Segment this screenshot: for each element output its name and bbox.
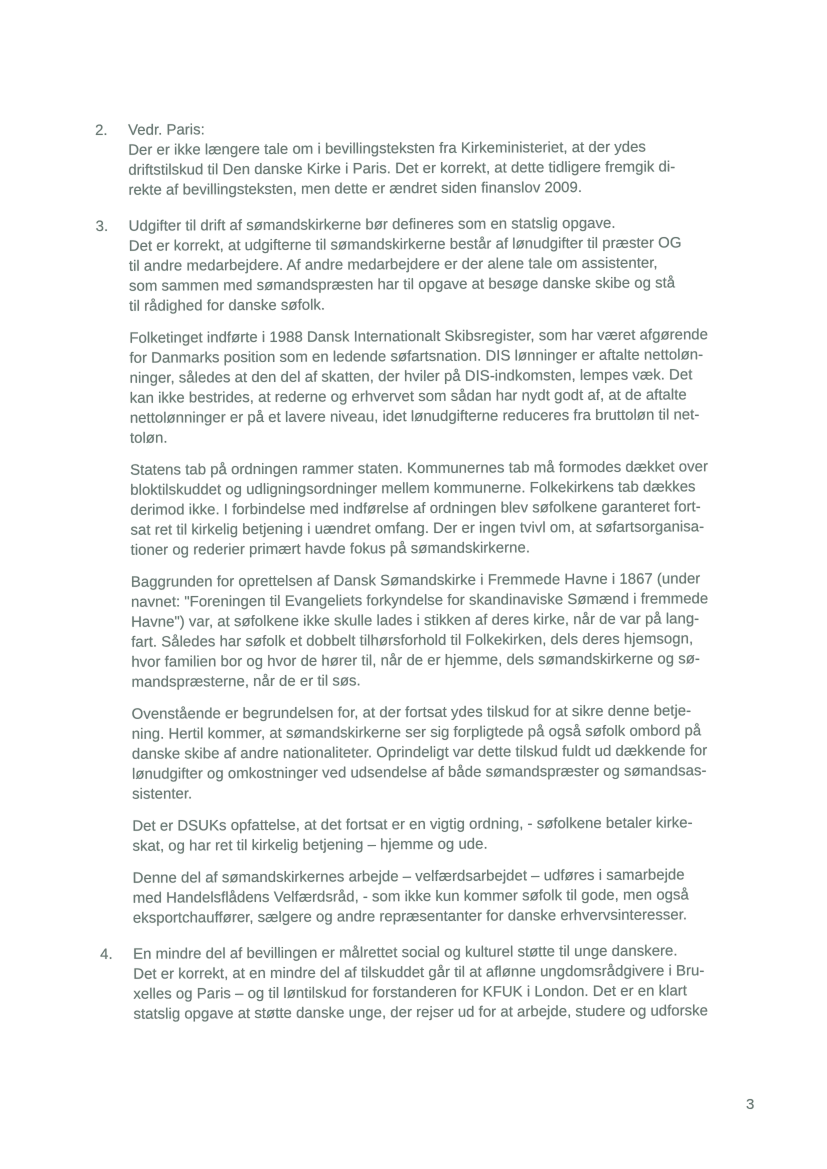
item-number: 2. (95, 121, 128, 141)
item-body: Vedr. Paris: Der er ikke længere tale om… (128, 117, 785, 201)
item-number: 4. (100, 945, 133, 965)
list-item-3: 3. Udgifter til drift af sømandskirkerne… (96, 213, 790, 929)
list-item-2: 2. Vedr. Paris: Der er ikke længere tale… (95, 117, 785, 201)
document-text-block: 2. Vedr. Paris: Der er ikke længere tale… (95, 117, 791, 1025)
paragraph: En mindre del af bevillingen er målrette… (133, 941, 790, 1025)
paragraph: Vedr. Paris: Der er ikke længere tale om… (128, 117, 785, 201)
page-number: 3 (746, 1095, 754, 1115)
paragraph: Statens tab på ordningen rammer staten. … (130, 457, 788, 561)
paragraph: Ovenstående er begrundelsen for, at der … (132, 701, 790, 805)
paragraph: Baggrunden for oprettelsen af Dansk Søma… (131, 569, 789, 693)
item-body: Udgifter til drift af sømandskirkerne bø… (129, 213, 790, 929)
paragraph: Folketinget indførte i 1988 Dansk Intern… (129, 325, 787, 449)
item-body: En mindre del af bevillingen er målrette… (133, 941, 790, 1025)
list-item-4: 4. En mindre del af bevillingen er målre… (100, 941, 790, 1025)
paragraph: Det er DSUKs opfattelse, at det fortsat … (132, 813, 789, 857)
paragraph: Udgifter til drift af sømandskirkerne bø… (129, 213, 787, 317)
document-page: 2. Vedr. Paris: Der er ikke længere tale… (0, 0, 827, 1169)
item-number: 3. (96, 217, 129, 237)
paragraph: Denne del af sømandskirkernes arbejde – … (133, 865, 790, 929)
